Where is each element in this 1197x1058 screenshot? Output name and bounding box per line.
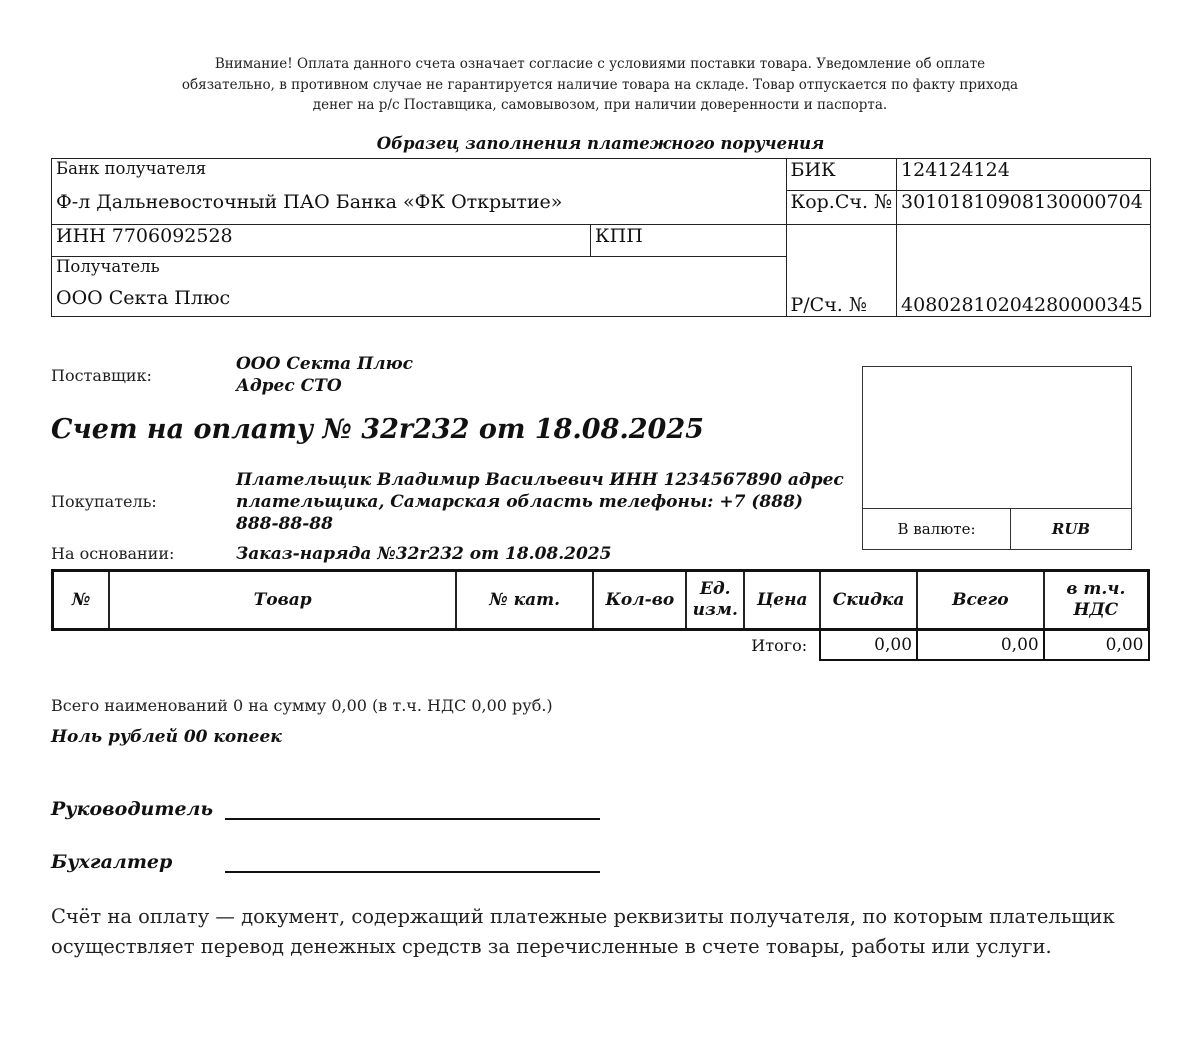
accountant-signature-line bbox=[225, 871, 600, 873]
totals-row: Итого: 0,00 0,00 0,00 bbox=[53, 630, 1149, 661]
col-price: Цена bbox=[744, 571, 820, 630]
currency-label: В валюте: bbox=[863, 509, 1011, 549]
buyer-line: 888-88-88 bbox=[236, 513, 844, 535]
items-table: № Товар № кат. Кол-во Ед. изм. Цена Скид… bbox=[51, 569, 1150, 661]
corr-account-value: 30101810908130000704 bbox=[897, 191, 1151, 225]
supplier-info: ООО Секта Плюс Адрес СТО bbox=[236, 353, 413, 397]
kpp-label: КПП bbox=[590, 225, 786, 257]
bank-details-table: Банк получателя БИК 124124124 Ф-л Дальне… bbox=[51, 158, 1151, 317]
currency-row: В валюте: RUB bbox=[863, 508, 1131, 549]
bank-label: Банк получателя bbox=[52, 159, 787, 191]
sum-in-words: Ноль рублей 00 копеек bbox=[51, 727, 282, 747]
bank-name: Ф-л Дальневосточный ПАО Банка «ФК Открыт… bbox=[52, 191, 787, 225]
col-quantity: Кол-во bbox=[593, 571, 686, 630]
bik-value: 124124124 bbox=[897, 159, 1151, 191]
recipient-inn: ИНН 7706092528 bbox=[52, 225, 591, 257]
supplier-label: Поставщик: bbox=[51, 366, 152, 385]
col-total: Всего bbox=[917, 571, 1044, 630]
col-number: № bbox=[53, 571, 110, 630]
basis-value: Заказ-наряда №32r232 от 18.08.2025 bbox=[236, 543, 612, 565]
col-catalog-number: № кат. bbox=[456, 571, 594, 630]
notice-line: денег на р/с Поставщика, самовывозом, пр… bbox=[120, 95, 1080, 116]
corr-account-label: Кор.Сч. № bbox=[786, 191, 897, 225]
col-vat: в т.ч. НДС bbox=[1044, 571, 1149, 630]
total-label: Итого: bbox=[53, 630, 821, 661]
notice-line: Внимание! Оплата данного счета означает … bbox=[120, 54, 1080, 75]
recipient-label: Получатель bbox=[52, 257, 787, 287]
account-label: Р/Сч. № bbox=[786, 225, 897, 317]
col-product: Товар bbox=[109, 571, 456, 630]
invoice-title: Счет на оплату № 32r232 от 18.08.2025 bbox=[51, 414, 704, 445]
summary-text: Всего наименований 0 на сумму 0,00 (в т.… bbox=[51, 696, 553, 715]
director-label: Руководитель bbox=[51, 798, 213, 820]
stamp-box: В валюте: RUB bbox=[862, 366, 1132, 550]
recipient-name: ООО Секта Плюс bbox=[52, 287, 787, 317]
supplier-address: Адрес СТО bbox=[236, 375, 413, 397]
buyer-line: плательщика, Самарская область телефоны:… bbox=[236, 491, 844, 513]
account-value: 40802810204280000345 bbox=[897, 225, 1151, 317]
buyer-label: Покупатель: bbox=[51, 492, 157, 511]
buyer-line: Плательщик Владимир Васильевич ИНН 12345… bbox=[236, 469, 844, 491]
total-sum: 0,00 bbox=[917, 630, 1044, 661]
col-unit: Ед. изм. bbox=[686, 571, 744, 630]
footnote: Счёт на оплату — документ, содержащий пл… bbox=[51, 902, 1151, 962]
currency-value: RUB bbox=[1011, 509, 1131, 549]
buyer-info: Плательщик Владимир Васильевич ИНН 12345… bbox=[236, 469, 844, 535]
bik-label: БИК bbox=[786, 159, 897, 191]
director-signature-line bbox=[225, 818, 600, 820]
total-discount: 0,00 bbox=[820, 630, 917, 661]
supplier-name: ООО Секта Плюс bbox=[236, 353, 413, 375]
notice-line: обязательно, в противном случае не гаран… bbox=[120, 75, 1080, 96]
accountant-label: Бухгалтер bbox=[51, 851, 172, 873]
col-discount: Скидка bbox=[820, 571, 917, 630]
payment-notice: Внимание! Оплата данного счета означает … bbox=[120, 54, 1080, 116]
total-vat: 0,00 bbox=[1044, 630, 1149, 661]
basis-label: На основании: bbox=[51, 544, 174, 563]
payment-sample-title: Образец заполнения платежного поручения bbox=[51, 134, 1150, 153]
